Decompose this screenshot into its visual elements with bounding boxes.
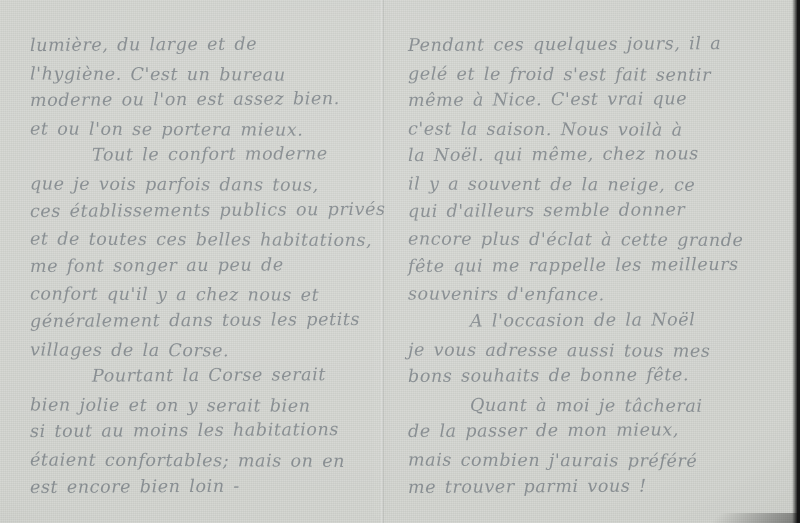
handwritten-line: de la passer de mon mieux,: [408, 417, 794, 447]
handwritten-line: me font songer au peu de: [30, 252, 380, 282]
handwritten-line: qui d'ailleurs semble donner: [408, 196, 794, 226]
handwritten-line: moderne ou l'on est assez bien.: [30, 86, 380, 116]
fold-crease: [381, 0, 384, 523]
handwritten-line: généralement dans tous les petits: [30, 307, 380, 337]
backdrop-bottom-right-corner: [610, 513, 800, 523]
handwritten-line: lumière, du large et de: [30, 31, 380, 61]
page-left-text: lumière, du large et del'hygiène. C'est …: [30, 33, 380, 502]
handwritten-line: me trouver parmi vous !: [408, 472, 794, 502]
handwritten-line: étaient confortables; mais on en: [30, 447, 380, 476]
handwritten-line: est encore bien loin -: [30, 472, 380, 502]
handwritten-line: même à Nice. C'est vrai que: [408, 86, 794, 116]
handwritten-line: Pendant ces quelques jours, il a: [408, 31, 794, 61]
handwritten-line: Pourtant la Corse serait: [30, 362, 380, 392]
handwritten-line: bons souhaits de bonne fête.: [408, 362, 794, 392]
handwritten-line: si tout au moins les habitations: [30, 417, 380, 447]
handwritten-line: Tout le confort moderne: [30, 141, 380, 171]
handwritten-line: ces établissements publics ou privés: [30, 196, 380, 226]
handwritten-line: la Noël. qui même, chez nous: [408, 141, 794, 171]
letter-scan: lumière, du large et del'hygiène. C'est …: [0, 0, 800, 523]
handwritten-line: A l'occasion de la Noël: [408, 307, 794, 337]
backdrop-right-edge: [792, 0, 800, 523]
handwritten-line: fête qui me rappelle les meilleurs: [408, 251, 794, 281]
page-right-text: Pendant ces quelques jours, il agelé et …: [408, 33, 794, 502]
